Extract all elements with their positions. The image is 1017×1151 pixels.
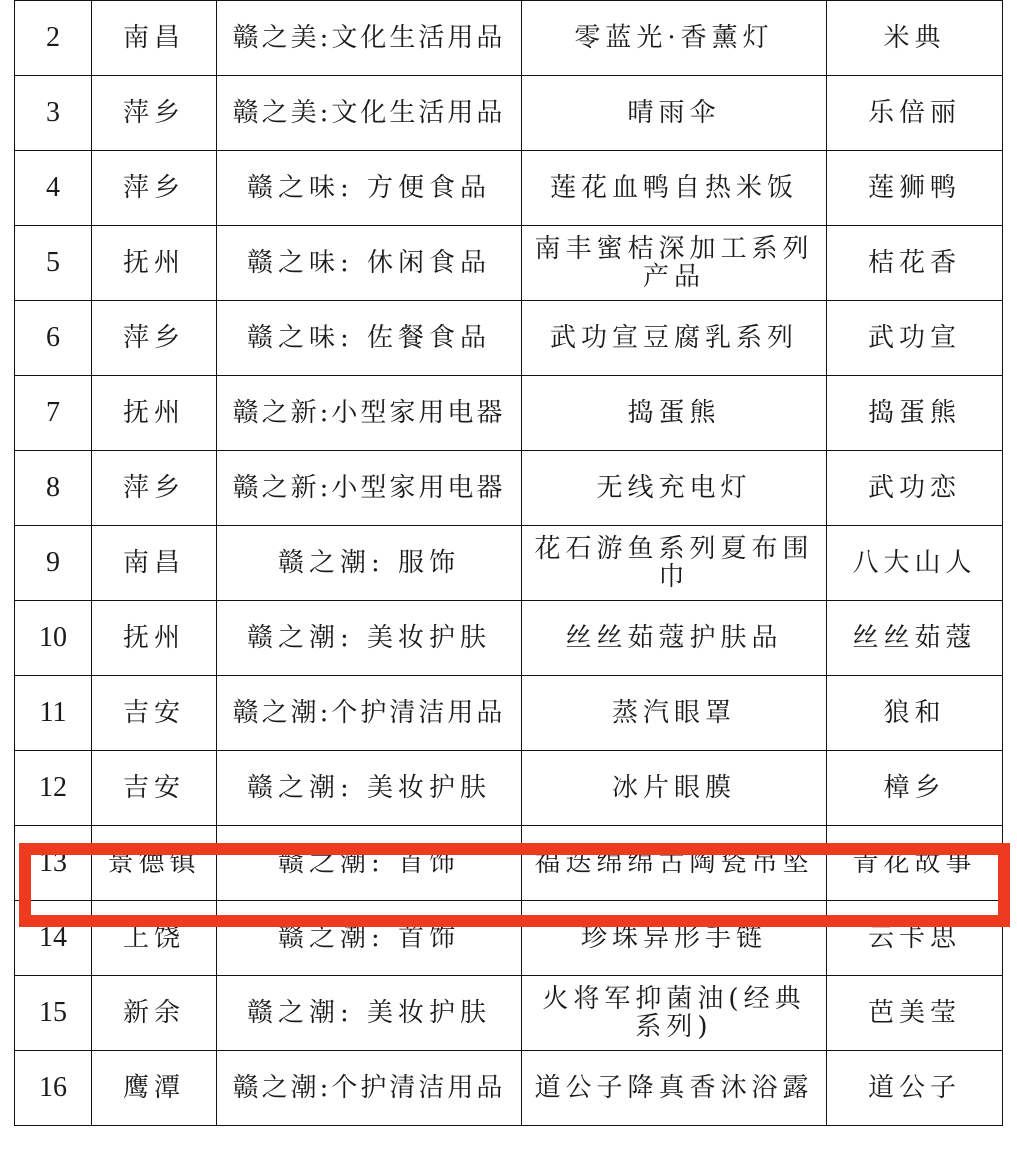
product-cell: 南丰蜜桔深加工系列产品 — [522, 226, 827, 301]
brand-cell: 丝丝茹蔻 — [827, 601, 1003, 676]
product-cell: 火将军抑菌油(经典系列) — [522, 976, 827, 1051]
product-cell: 无线充电灯 — [522, 451, 827, 526]
brand-cell: 莲狮鸭 — [827, 151, 1003, 226]
product-cell: 花石游鱼系列夏布围巾 — [522, 526, 827, 601]
table-row: 7 抚州 赣之新:小型家用电器 捣蛋熊 捣蛋熊 — [15, 376, 1003, 451]
brand-cell: 乐倍丽 — [827, 76, 1003, 151]
category-cell: 赣之潮: 首饰 — [217, 901, 522, 976]
city-cell: 上饶 — [92, 901, 217, 976]
row-number: 9 — [15, 526, 92, 601]
category-cell: 赣之新:小型家用电器 — [217, 376, 522, 451]
product-cell: 武功宣豆腐乳系列 — [522, 301, 827, 376]
brand-cell: 狼和 — [827, 676, 1003, 751]
city-cell: 新余 — [92, 976, 217, 1051]
city-cell: 抚州 — [92, 376, 217, 451]
table-row-highlighted: 13 景德镇 赣之潮: 首饰 福迭绵绵古陶瓷吊坠 青花故事 — [15, 826, 1003, 901]
table-row: 11 吉安 赣之潮:个护清洁用品 蒸汽眼罩 狼和 — [15, 676, 1003, 751]
table-row: 14 上饶 赣之潮: 首饰 珍珠异形手链 云卡思 — [15, 901, 1003, 976]
brand-cell: 樟乡 — [827, 751, 1003, 826]
brand-cell: 青花故事 — [827, 826, 1003, 901]
brand-cell: 武功宣 — [827, 301, 1003, 376]
category-cell: 赣之潮: 美妆护肤 — [217, 601, 522, 676]
table-row: 15 新余 赣之潮: 美妆护肤 火将军抑菌油(经典系列) 芭美莹 — [15, 976, 1003, 1051]
table-row: 6 萍乡 赣之味: 佐餐食品 武功宣豆腐乳系列 武功宣 — [15, 301, 1003, 376]
brand-cell: 捣蛋熊 — [827, 376, 1003, 451]
product-table: 2 南昌 赣之美:文化生活用品 零蓝光·香薰灯 米典 3 萍乡 赣之美:文化生活… — [14, 0, 1003, 1126]
table-row: 8 萍乡 赣之新:小型家用电器 无线充电灯 武功恋 — [15, 451, 1003, 526]
category-cell: 赣之潮:个护清洁用品 — [217, 676, 522, 751]
table-row: 12 吉安 赣之潮: 美妆护肤 冰片眼膜 樟乡 — [15, 751, 1003, 826]
row-number: 12 — [15, 751, 92, 826]
product-cell: 珍珠异形手链 — [522, 901, 827, 976]
row-number: 7 — [15, 376, 92, 451]
city-cell: 南昌 — [92, 526, 217, 601]
product-cell: 丝丝茹蔻护肤品 — [522, 601, 827, 676]
city-cell: 景德镇 — [92, 826, 217, 901]
product-cell: 福迭绵绵古陶瓷吊坠 — [522, 826, 827, 901]
category-cell: 赣之潮: 服饰 — [217, 526, 522, 601]
category-cell: 赣之潮: 首饰 — [217, 826, 522, 901]
city-cell: 抚州 — [92, 226, 217, 301]
row-number: 3 — [15, 76, 92, 151]
brand-cell: 云卡思 — [827, 901, 1003, 976]
brand-cell: 八大山人 — [827, 526, 1003, 601]
category-cell: 赣之潮:个护清洁用品 — [217, 1051, 522, 1126]
brand-cell: 米典 — [827, 1, 1003, 76]
brand-cell: 道公子 — [827, 1051, 1003, 1126]
category-cell: 赣之美:文化生活用品 — [217, 1, 522, 76]
city-cell: 萍乡 — [92, 451, 217, 526]
category-cell: 赣之潮: 美妆护肤 — [217, 976, 522, 1051]
brand-cell: 桔花香 — [827, 226, 1003, 301]
city-cell: 萍乡 — [92, 76, 217, 151]
city-cell: 鹰潭 — [92, 1051, 217, 1126]
product-cell: 晴雨伞 — [522, 76, 827, 151]
table-row: 4 萍乡 赣之味: 方便食品 莲花血鸭自热米饭 莲狮鸭 — [15, 151, 1003, 226]
city-cell: 抚州 — [92, 601, 217, 676]
brand-cell: 武功恋 — [827, 451, 1003, 526]
product-cell: 蒸汽眼罩 — [522, 676, 827, 751]
product-cell: 道公子降真香沐浴露 — [522, 1051, 827, 1126]
product-cell: 零蓝光·香薰灯 — [522, 1, 827, 76]
product-cell: 冰片眼膜 — [522, 751, 827, 826]
table-row: 10 抚州 赣之潮: 美妆护肤 丝丝茹蔻护肤品 丝丝茹蔻 — [15, 601, 1003, 676]
row-number: 11 — [15, 676, 92, 751]
category-cell: 赣之味: 休闲食品 — [217, 226, 522, 301]
product-cell: 捣蛋熊 — [522, 376, 827, 451]
row-number: 15 — [15, 976, 92, 1051]
city-cell: 萍乡 — [92, 151, 217, 226]
row-number: 4 — [15, 151, 92, 226]
brand-cell: 芭美莹 — [827, 976, 1003, 1051]
row-number: 6 — [15, 301, 92, 376]
city-cell: 吉安 — [92, 751, 217, 826]
table-row: 5 抚州 赣之味: 休闲食品 南丰蜜桔深加工系列产品 桔花香 — [15, 226, 1003, 301]
row-number: 10 — [15, 601, 92, 676]
category-cell: 赣之味: 方便食品 — [217, 151, 522, 226]
table-row: 9 南昌 赣之潮: 服饰 花石游鱼系列夏布围巾 八大山人 — [15, 526, 1003, 601]
table-row: 2 南昌 赣之美:文化生活用品 零蓝光·香薰灯 米典 — [15, 1, 1003, 76]
category-cell: 赣之新:小型家用电器 — [217, 451, 522, 526]
category-cell: 赣之味: 佐餐食品 — [217, 301, 522, 376]
row-number: 8 — [15, 451, 92, 526]
city-cell: 南昌 — [92, 1, 217, 76]
table-row: 3 萍乡 赣之美:文化生活用品 晴雨伞 乐倍丽 — [15, 76, 1003, 151]
row-number: 2 — [15, 1, 92, 76]
row-number: 5 — [15, 226, 92, 301]
product-table-container: 2 南昌 赣之美:文化生活用品 零蓝光·香薰灯 米典 3 萍乡 赣之美:文化生活… — [14, 0, 1002, 1126]
city-cell: 吉安 — [92, 676, 217, 751]
category-cell: 赣之美:文化生活用品 — [217, 76, 522, 151]
row-number: 16 — [15, 1051, 92, 1126]
city-cell: 萍乡 — [92, 301, 217, 376]
row-number: 14 — [15, 901, 92, 976]
table-row: 16 鹰潭 赣之潮:个护清洁用品 道公子降真香沐浴露 道公子 — [15, 1051, 1003, 1126]
row-number: 13 — [15, 826, 92, 901]
product-cell: 莲花血鸭自热米饭 — [522, 151, 827, 226]
category-cell: 赣之潮: 美妆护肤 — [217, 751, 522, 826]
